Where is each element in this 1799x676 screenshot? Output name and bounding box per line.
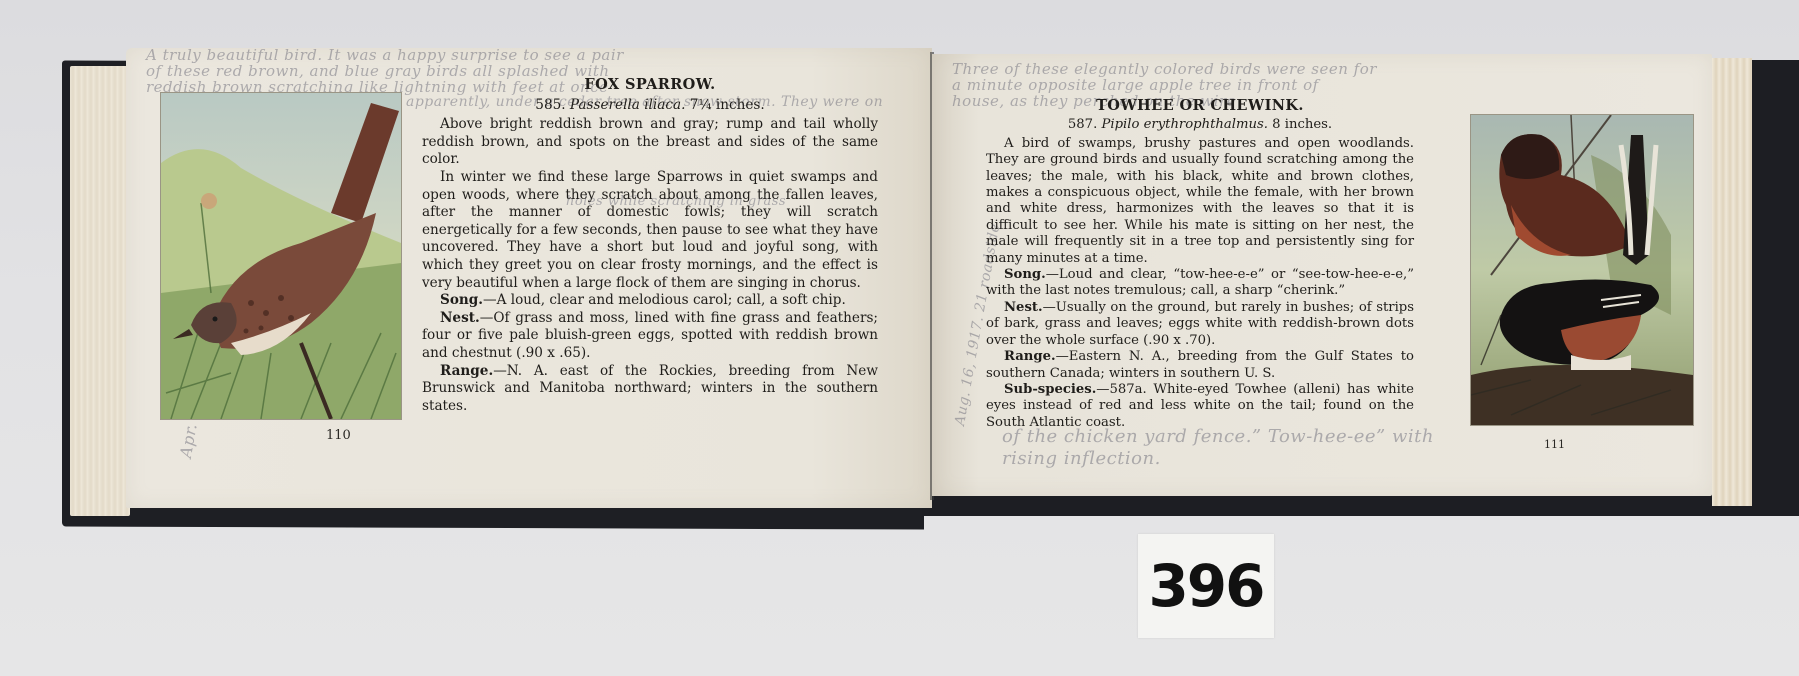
description-paragraph: Above bright reddish brown and gray; rum… [422,116,878,169]
open-book: A truly beautiful bird. It was a happy s… [60,52,1750,526]
species-header: 585. Passerella iliaca. 7¼ inches. [422,97,878,115]
song-label: Song. [440,292,483,308]
scientific-name: Passerella iliaca. [570,97,686,113]
handwritten-note: rising inflection. [1002,448,1161,469]
page-edges-left [70,66,130,516]
species-size: 8 inches. [1272,117,1332,132]
page-number: 111 [1544,438,1565,451]
species-title: TOWHEE OR CHEWINK. [986,98,1414,114]
description-paragraph: In winter we find these large Sparrows i… [422,169,878,292]
range-label: Range. [440,363,493,379]
nest-label: Nest. [1004,300,1043,315]
nest-section: Nest.—Usually on the ground, but rarely … [986,300,1414,349]
page-number: 110 [326,428,351,443]
song-section: Song.—Loud and clear, “tow-hee-e-e” or “… [986,267,1414,300]
nest-section: Nest.—Of grass and moss, lined with fine… [422,310,878,363]
fox-sparrow-illustration [160,92,402,420]
page-edges-right [1712,58,1752,506]
species-number: 585. [535,97,565,113]
lot-number: 396 [1148,552,1263,620]
towhee-illustration [1470,114,1694,426]
range-section: Range.—Eastern N. A., breeding from the … [986,349,1414,382]
range-section: Range.—N. A. east of the Rockies, breedi… [422,363,878,416]
song-label: Song. [1004,267,1046,282]
subspecies-section: Sub-species.—587a. White-eyed Towhee (al… [986,382,1414,431]
left-page[interactable]: A truly beautiful bird. It was a happy s… [126,48,932,508]
song-section: Song.—A loud, clear and melodious carol;… [422,292,878,310]
right-page[interactable]: Three of these elegantly colored birds w… [932,54,1712,496]
lot-number-tag: 396 [1138,534,1274,638]
nest-label: Nest. [440,310,480,326]
description-paragraph: A bird of swamps, brushy pastures and op… [986,136,1414,267]
species-size: 7¼ inches. [690,97,765,113]
fox-sparrow-entry: FOX SPARROW. 585. Passerella iliaca. 7¼ … [422,76,878,415]
species-header: 587. Pipilo erythrophthalmus. 8 inches. [986,117,1414,133]
subspecies-label: Sub-species. [1004,382,1096,397]
species-title: FOX SPARROW. [422,76,878,94]
species-number: 587. [1068,117,1097,132]
range-label: Range. [1004,349,1056,364]
towhee-entry: TOWHEE OR CHEWINK. 587. Pipilo erythroph… [986,98,1414,431]
scientific-name: Pipilo erythrophthalmus. [1101,117,1267,132]
